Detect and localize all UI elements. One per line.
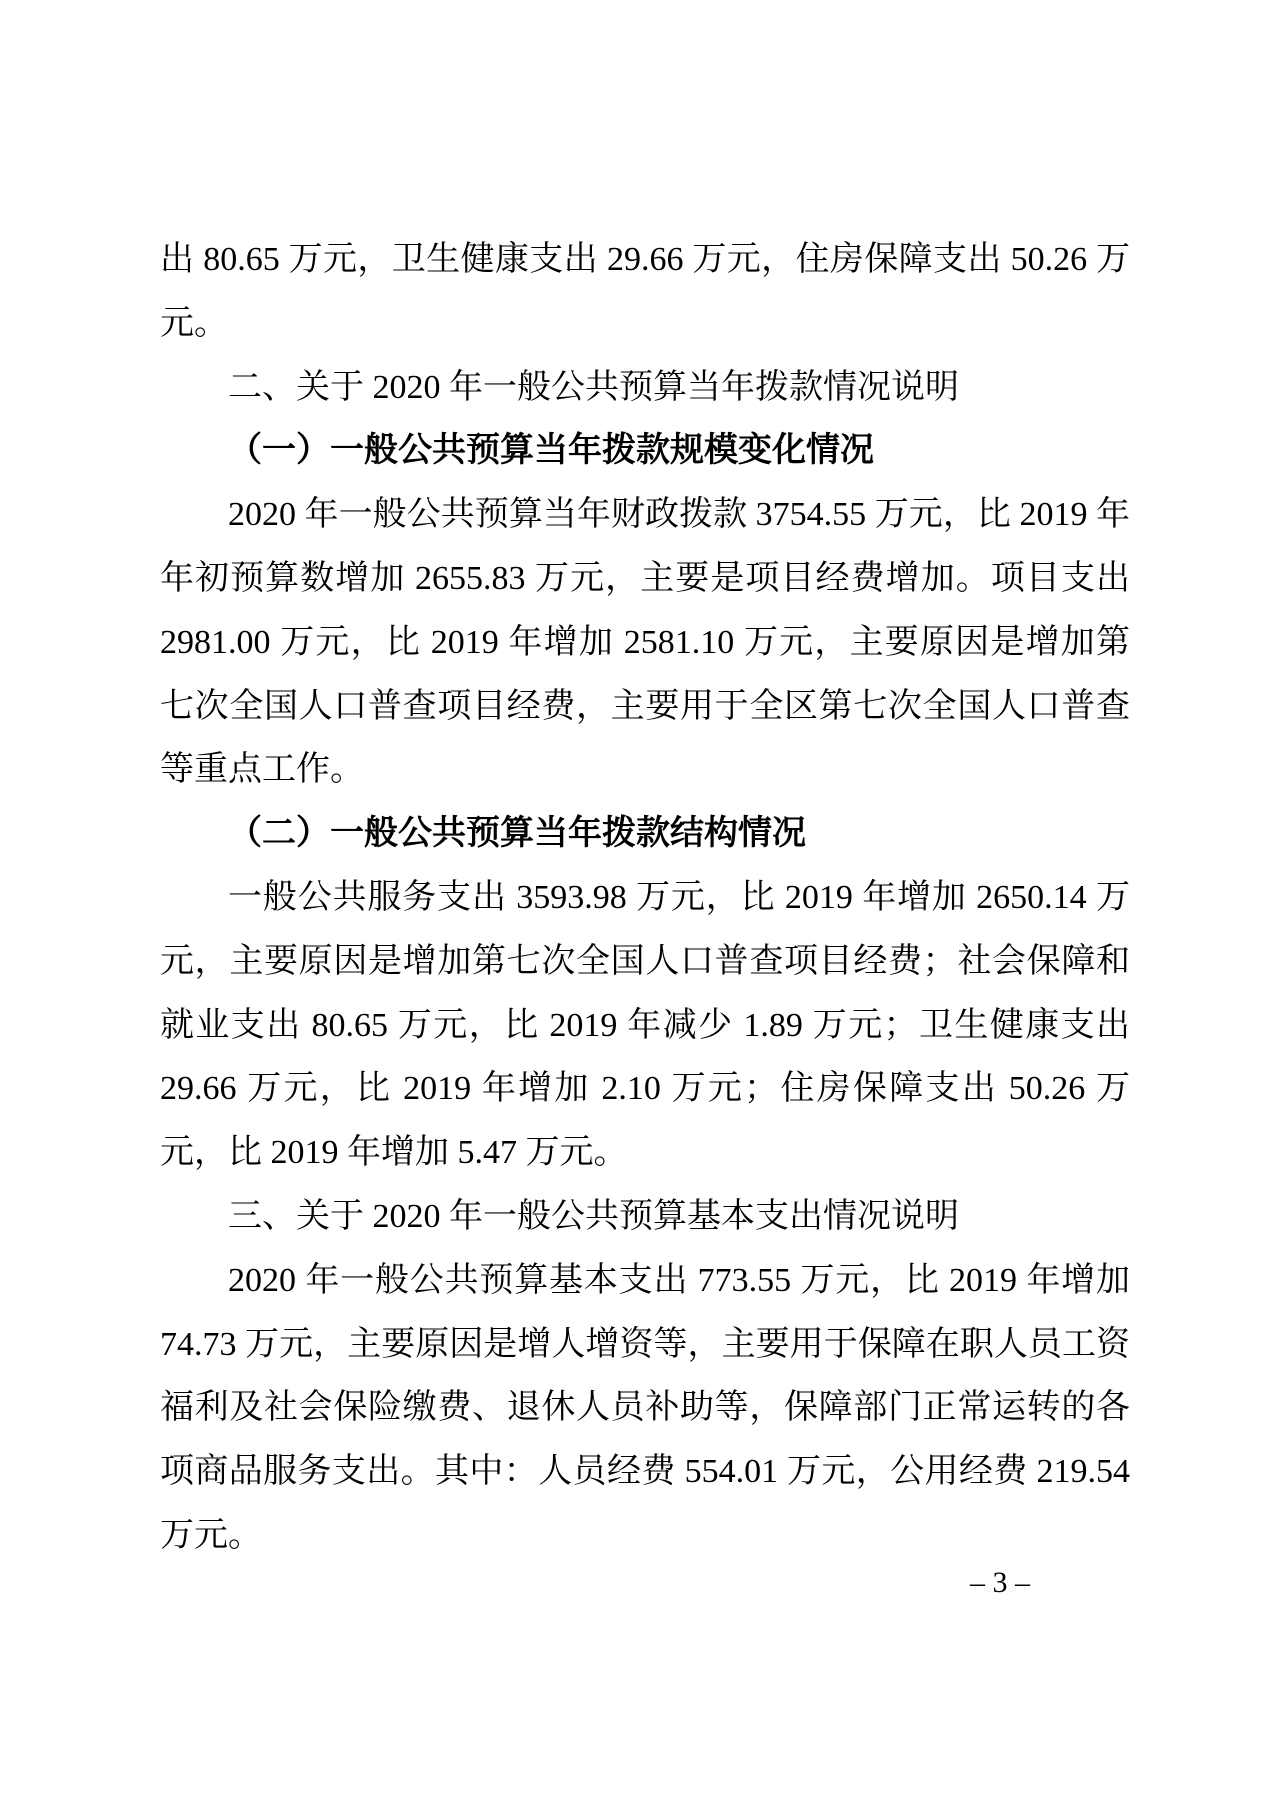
paragraph: 一般公共服务支出 3593.98 万元，比 2019 年增加 2650.14 万… bbox=[160, 866, 1130, 1185]
page-number: – 3 – bbox=[925, 1566, 1075, 1600]
paragraph-continued: 出 80.65 万元，卫生健康支出 29.66 万元，住房保障支出 50.26 … bbox=[160, 228, 1130, 356]
document-page: 出 80.65 万元，卫生健康支出 29.66 万元，住房保障支出 50.26 … bbox=[0, 0, 1269, 1795]
subsection-heading-2-1: （一）一般公共预算当年拨款规模变化情况 bbox=[160, 419, 1130, 483]
section-heading-2: 二、关于 2020 年一般公共预算当年拨款情况说明 bbox=[160, 356, 1130, 420]
section-heading-3: 三、关于 2020 年一般公共预算基本支出情况说明 bbox=[160, 1185, 1130, 1249]
subsection-heading-2-2: （二）一般公共预算当年拨款结构情况 bbox=[160, 802, 1130, 866]
document-body: 出 80.65 万元，卫生健康支出 29.66 万元，住房保障支出 50.26 … bbox=[160, 228, 1130, 1568]
paragraph: 2020 年一般公共预算当年财政拨款 3754.55 万元，比 2019 年年初… bbox=[160, 483, 1130, 802]
paragraph: 2020 年一般公共预算基本支出 773.55 万元，比 2019 年增加 74… bbox=[160, 1249, 1130, 1568]
